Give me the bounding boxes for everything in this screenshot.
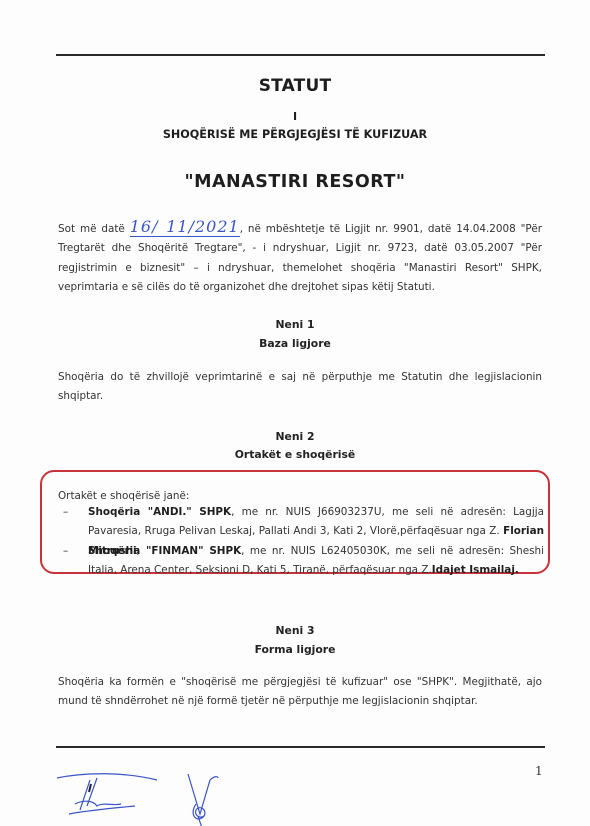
article-2-title: Ortakët e shoqërisë <box>0 448 590 461</box>
signature-2-icon <box>180 772 220 826</box>
list-bullet: – <box>63 503 68 522</box>
company-name: "MANASTIRI RESORT" <box>0 172 590 192</box>
document-subtitle: SHOQËRISË ME PËRGJEGJËSI TË KUFIZUAR <box>0 128 590 141</box>
document-title: STATUT <box>0 76 590 96</box>
signature-1-icon <box>55 770 160 820</box>
article-1-title: Baza ligjore <box>0 337 590 350</box>
intro-paragraph: Sot më datë 16/ 11/2021, në mbështetje t… <box>58 217 542 297</box>
partner-representative: Idajet Ismailaj. <box>432 564 519 576</box>
article-3-title: Forma ligjore <box>0 643 590 656</box>
article-3-number: Neni 3 <box>0 624 590 637</box>
article-2-number: Neni 2 <box>0 430 590 443</box>
partner-name: Shoqëria "ANDI." SHPK <box>88 506 231 518</box>
handwritten-date: 16/ 11/2021 <box>130 217 240 237</box>
list-bullet: – <box>63 542 68 561</box>
article-1-number: Neni 1 <box>0 318 590 331</box>
page-number: 1 <box>535 764 543 778</box>
partner-name: Shoqëria "FINMAN" SHPK <box>88 545 241 557</box>
title-connector: I <box>0 110 590 123</box>
article-3-body: Shoqëria ka formën e "shoqërisë me përgj… <box>58 673 542 712</box>
header-rule <box>56 54 545 56</box>
footer-rule <box>56 746 545 748</box>
intro-prefix: Sot më datë <box>58 223 125 235</box>
article-1-body: Shoqëria do të zhvillojë veprimtarinë e … <box>58 368 542 407</box>
partner-item: – Shoqëria "FINMAN" SHPK, me nr. NUIS L6… <box>88 542 544 581</box>
